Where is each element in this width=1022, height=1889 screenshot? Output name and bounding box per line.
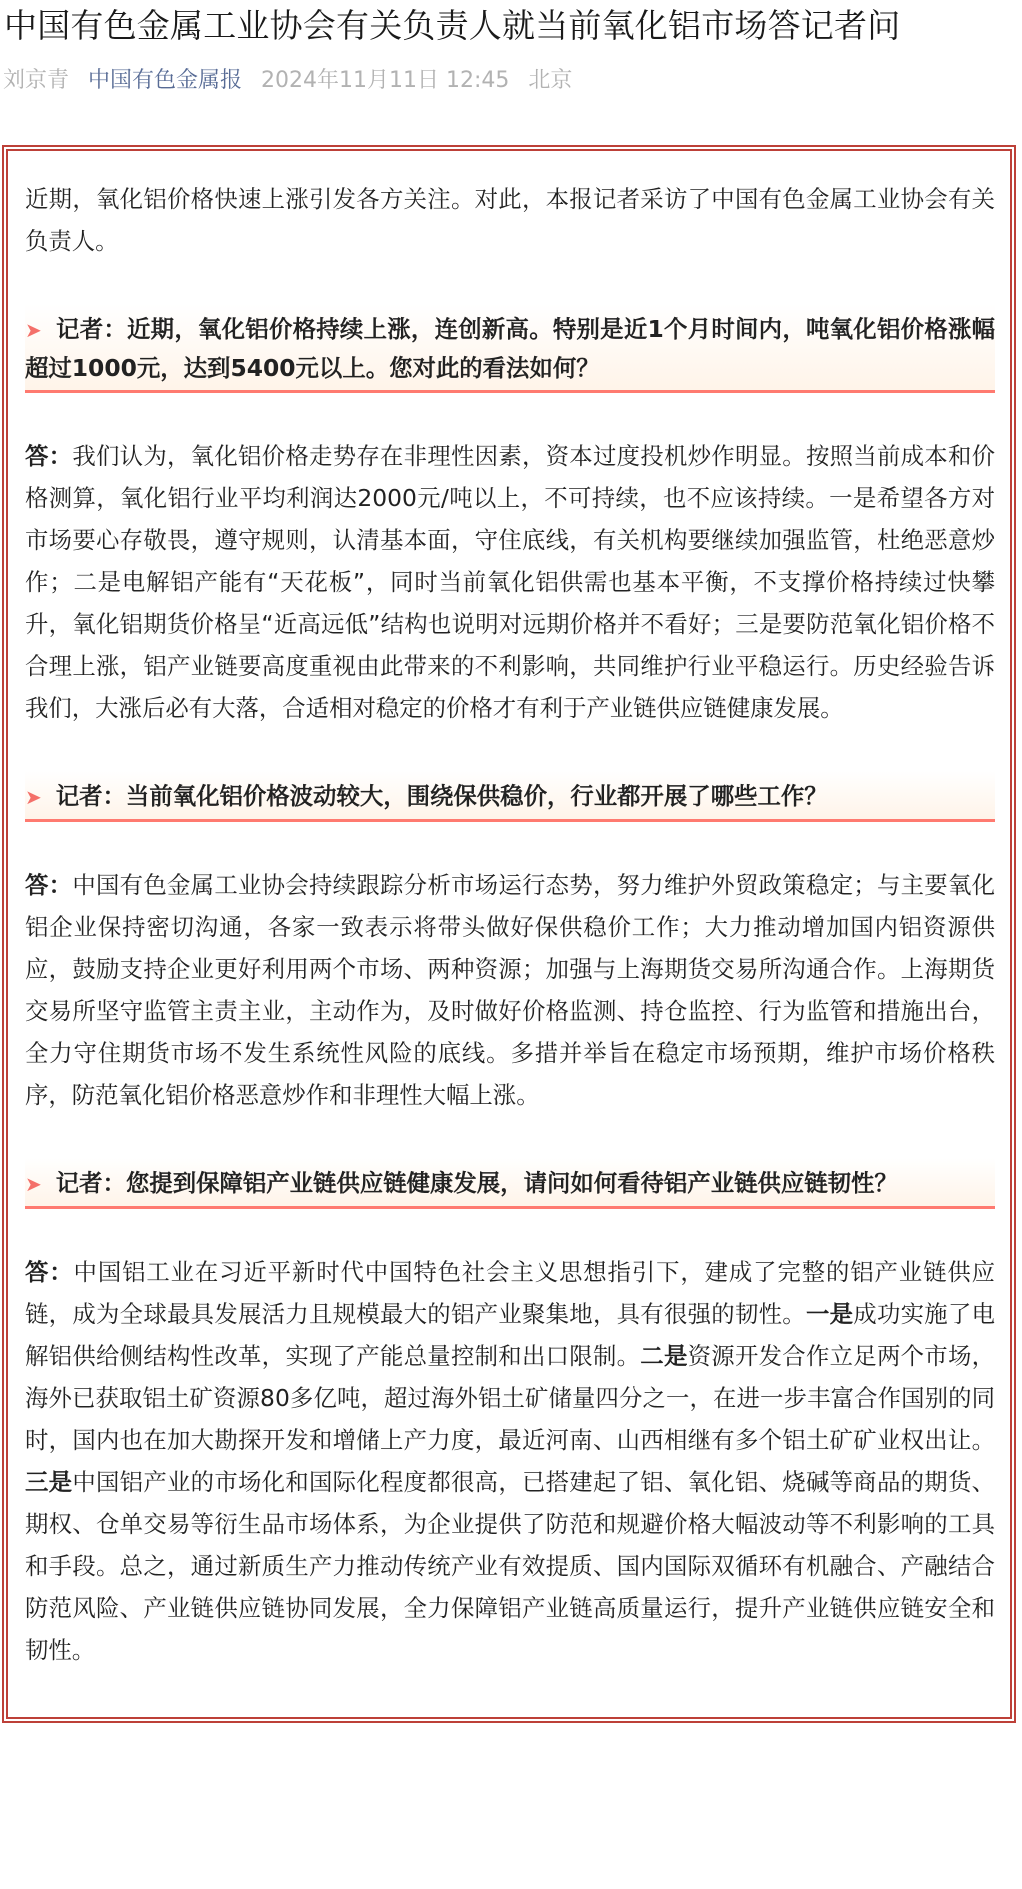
arrow-right-icon: ➤: [25, 778, 42, 816]
point-one-label: 一是: [806, 1300, 853, 1328]
answer-text: 我们认为，氧化铝价格走势存在非理性因素，资本过度投机炒作明显。按照当前成本和价格…: [25, 442, 995, 722]
point-three-label: 三是: [25, 1468, 72, 1496]
question-text: 记者：您提到保障铝产业链供应链健康发展，请问如何看待铝产业链供应链韧性？: [56, 1169, 898, 1197]
article-meta: 刘京青 中国有色金属报 2024年11月11日 12:45 北京: [3, 66, 584, 96]
article-body: 近期，氧化铝价格快速上涨引发各方关注。对此，本报记者采访了中国有色金属工业协会有…: [25, 178, 995, 1671]
source-link[interactable]: 中国有色金属报: [88, 68, 242, 93]
answer-text-part: 中国铝产业的市场化和国际化程度都很高，已搭建起了铝、氧化铝、烧碱等商品的期货、期…: [25, 1468, 995, 1664]
answer-label: 答：: [25, 442, 72, 470]
point-two-label: 二是: [640, 1342, 687, 1370]
question-text: 记者：近期，氧化铝价格持续上涨，连创新高。特别是近1个月时间内，吨氧化铝价格涨幅…: [25, 315, 995, 382]
question-1: ➤记者：近期，氧化铝价格持续上涨，连创新高。特别是近1个月时间内，吨氧化铝价格涨…: [25, 304, 995, 393]
arrow-right-icon: ➤: [25, 311, 42, 349]
answer-2: 答：中国有色金属工业协会持续跟踪分析市场运行态势，努力维护外贸政策稳定；与主要氧…: [25, 864, 995, 1116]
answer-label: 答：: [25, 1258, 74, 1286]
answer-3: 答：中国铝工业在习近平新时代中国特色社会主义思想指引下，建成了完整的铝产业链供应…: [25, 1251, 995, 1671]
publish-datetime: 2024年11月11日 12:45: [261, 68, 509, 93]
answer-label: 答：: [25, 871, 72, 899]
arrow-right-icon: ➤: [25, 1165, 42, 1203]
question-text: 记者：当前氧化铝价格波动较大，围绕保供稳价，行业都开展了哪些工作？: [56, 782, 828, 810]
author: 刘京青: [3, 68, 69, 93]
question-2: ➤记者：当前氧化铝价格波动较大，围绕保供稳价，行业都开展了哪些工作？: [25, 771, 995, 822]
location: 北京: [528, 68, 572, 93]
answer-text: 中国有色金属工业协会持续跟踪分析市场运行态势，努力维护外贸政策稳定；与主要氧化铝…: [25, 871, 995, 1109]
intro-paragraph: 近期，氧化铝价格快速上涨引发各方关注。对此，本报记者采访了中国有色金属工业协会有…: [25, 178, 995, 262]
question-3: ➤记者：您提到保障铝产业链供应链健康发展，请问如何看待铝产业链供应链韧性？: [25, 1158, 995, 1209]
article-title: 中国有色金属工业协会有关负责人就当前氧化铝市场答记者问: [4, 4, 900, 48]
answer-1: 答：我们认为，氧化铝价格走势存在非理性因素，资本过度投机炒作明显。按照当前成本和…: [25, 435, 995, 729]
